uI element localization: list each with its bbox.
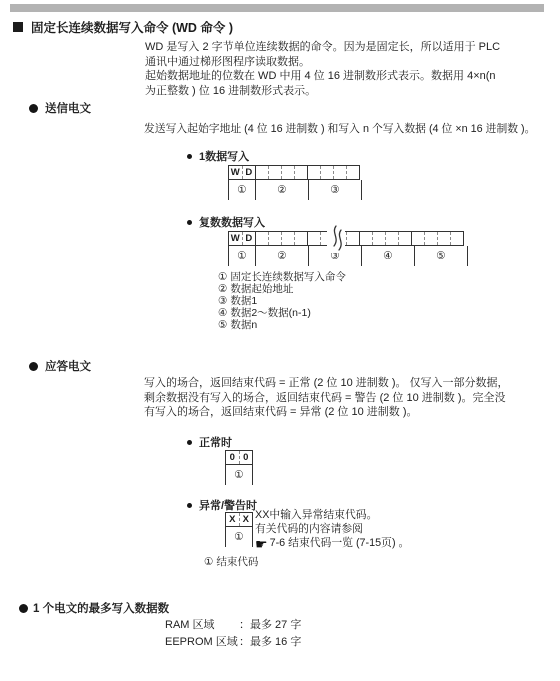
- manual-page: 固定长连续数据写入命令 (WD 命令 ) WD 是写入 2 字节单位连续数据的命…: [0, 0, 560, 681]
- frame-label: ③: [308, 180, 362, 200]
- frame-cell: [268, 232, 281, 245]
- frame-group-command: W D: [229, 232, 255, 245]
- bullet-icon: [187, 220, 192, 225]
- frame-cell: [294, 166, 307, 179]
- multi-write-frame-diagram: W D: [228, 231, 468, 266]
- intro-paragraph: WD 是写入 2 字节单位连续数据的命令。因为是固定长，所以适用于 PLC 通讯…: [145, 40, 500, 98]
- frame-cell: [281, 166, 294, 179]
- response-line: 写入的场合，返回结束代码 = 正常 (2 位 10 进制数 )。 仅写入一部分数…: [144, 376, 509, 391]
- frame-labels-row: ①: [225, 465, 253, 485]
- max-write-heading: 1 个电文的最多写入数据数: [19, 600, 169, 616]
- error-response-frame-diagram: X X ①: [225, 512, 253, 547]
- frame-cell: 0: [226, 451, 239, 464]
- frame-group-data-n: [411, 232, 463, 245]
- frame-cell: [372, 232, 385, 245]
- frame-cell: W: [229, 166, 242, 179]
- intro-line: 起始数据地址的位数在 WD 中用 4 位 16 进制数形式表示。数据用 4×n(…: [145, 69, 500, 84]
- error-notes: XX中输入异常结束代码。 有关代码的内容请参阅 ☛ 7-6 结束代码一览 (7-…: [255, 509, 409, 551]
- frame-cell: D: [242, 232, 256, 245]
- legend-item: ⑤ 数据n: [218, 319, 346, 331]
- frame-cell: [385, 232, 398, 245]
- frame-cells-row: 0 0: [225, 450, 253, 465]
- frame-label: ①: [228, 180, 255, 200]
- frame-cell: X: [239, 513, 253, 526]
- frame-cell: [256, 232, 268, 245]
- legend-item: ① 固定长连续数据写入命令: [218, 271, 346, 283]
- continuation-break-icon: [327, 225, 345, 253]
- frame-group-data-mid: [359, 232, 411, 245]
- normal-case-heading: 正常时: [187, 434, 232, 450]
- response-line: 有写入的场合，返回结束代码 = 异常 (2 位 10 进制数 )。: [144, 405, 509, 420]
- frame-label: ②: [255, 246, 308, 266]
- single-write-heading: 1数据写入: [187, 148, 249, 164]
- frame-cell: [333, 166, 346, 179]
- bullet-icon: [29, 362, 38, 371]
- frame-cell: [268, 166, 281, 179]
- frame-cell: [437, 232, 450, 245]
- memory-area-label: RAM 区域: [165, 617, 239, 634]
- frame-labels-row: ① ② ③: [228, 180, 362, 200]
- frame-label: ⑤: [414, 246, 468, 266]
- pointing-hand-icon: ☛: [255, 538, 268, 550]
- response-paragraph: 写入的场合，返回结束代码 = 正常 (2 位 10 进制数 )。 仅写入一部分数…: [144, 376, 509, 420]
- frame-cell: [450, 232, 463, 245]
- frame-labels-row: ①: [225, 527, 253, 547]
- normal-response-frame-diagram: 0 0 ①: [225, 450, 253, 485]
- frame-cell: [424, 232, 437, 245]
- memory-area-value: ：最多 27 字: [239, 617, 301, 634]
- frame-cell: [398, 232, 411, 245]
- frame-cells-row: W D: [228, 231, 464, 246]
- frame-cell: [256, 166, 268, 179]
- bullet-icon: [19, 604, 28, 613]
- intro-line: 通讯中通过梯形图程序读取数据。: [145, 55, 500, 70]
- error-note-line: 有关代码的内容请参阅: [255, 523, 409, 537]
- section-divider-bar: [10, 4, 544, 12]
- frame-legend: ① 固定长连续数据写入命令 ② 数据起始地址 ③ 数据1 ④ 数据2～数据(n-…: [218, 271, 346, 331]
- bullet-icon: [29, 104, 38, 113]
- frame-cell: [346, 232, 359, 245]
- frame-label: ①: [225, 527, 253, 547]
- frame-group-command: W D: [229, 166, 255, 179]
- intro-line: WD 是写入 2 字节单位连续数据的命令。因为是固定长，所以适用于 PLC: [145, 40, 500, 55]
- frame-cell: [320, 166, 333, 179]
- bullet-icon: [187, 503, 192, 508]
- frame-cell: [412, 232, 424, 245]
- frame-cell: [294, 232, 307, 245]
- frame-label: ①: [225, 465, 253, 485]
- legend-item: ② 数据起始地址: [218, 283, 346, 295]
- frame-cell: W: [229, 232, 242, 245]
- intro-line: 为正整数 ) 位 16 进制数形式表示。: [145, 84, 500, 99]
- page-title: 固定长连续数据写入命令 (WD 命令 ): [13, 18, 233, 36]
- frame-cells-row: W D: [228, 165, 360, 180]
- frame-cell: [346, 166, 359, 179]
- frame-cells-row: X X: [225, 512, 253, 527]
- memory-area-value: ：最多 16 字: [239, 634, 301, 651]
- frame-cell: 0: [239, 451, 253, 464]
- response-message-heading: 应答电文: [29, 358, 91, 374]
- single-write-frame-diagram: W D ① ② ③: [228, 165, 362, 200]
- max-write-row: RAM 区域 ：最多 27 字: [165, 617, 301, 634]
- error-note-line: XX中输入异常结束代码。: [255, 509, 409, 523]
- cross-reference-text: 7-6 结束代码一览 (7-15页) 。: [270, 537, 410, 551]
- frame-group-data: [307, 166, 359, 179]
- cross-reference-link[interactable]: ☛ 7-6 结束代码一览 (7-15页) 。: [255, 537, 409, 551]
- legend-item: ④ 数据2～数据(n-1): [218, 307, 346, 319]
- frame-label: ①: [228, 246, 255, 266]
- frame-group-endcode: 0 0: [226, 451, 252, 464]
- frame-cell: [308, 232, 320, 245]
- section-square-icon: [13, 22, 23, 32]
- response-line: 剩余数据没有写入的场合，返回结束代码 = 警告 (2 位 10 进制数 )。完全…: [144, 391, 509, 406]
- frame-group-endcode: X X: [226, 513, 252, 526]
- frame-group-address: [255, 166, 307, 179]
- max-write-table: RAM 区域 ：最多 27 字 EEPROM 区域 ：最多 16 字: [165, 617, 301, 651]
- error-case-heading: 异常/警告时: [187, 497, 257, 513]
- endcode-footnote: ① 结束代码: [204, 554, 258, 569]
- bullet-icon: [187, 154, 192, 159]
- send-message-heading: 送信电文: [29, 100, 91, 116]
- send-description: 发送写入起始字地址 (4 位 16 进制数 ) 和写入 n 个写入数据 (4 位…: [144, 122, 535, 137]
- frame-cell: [360, 232, 372, 245]
- frame-cell: [281, 232, 294, 245]
- frame-label: ④: [361, 246, 414, 266]
- frame-cell: X: [226, 513, 239, 526]
- multi-write-heading: 复数数据写入: [187, 214, 265, 230]
- bullet-icon: [187, 440, 192, 445]
- legend-item: ③ 数据1: [218, 295, 346, 307]
- frame-cell: [308, 166, 320, 179]
- page-title-text: 固定长连续数据写入命令 (WD 命令 ): [31, 18, 233, 36]
- memory-area-label: EEPROM 区域: [165, 634, 239, 651]
- max-write-row: EEPROM 区域 ：最多 16 字: [165, 634, 301, 651]
- frame-label: ②: [255, 180, 308, 200]
- frame-group-address: [255, 232, 307, 245]
- frame-cell: D: [242, 166, 256, 179]
- frame-labels-row: ① ② ③ ④ ⑤: [228, 246, 468, 266]
